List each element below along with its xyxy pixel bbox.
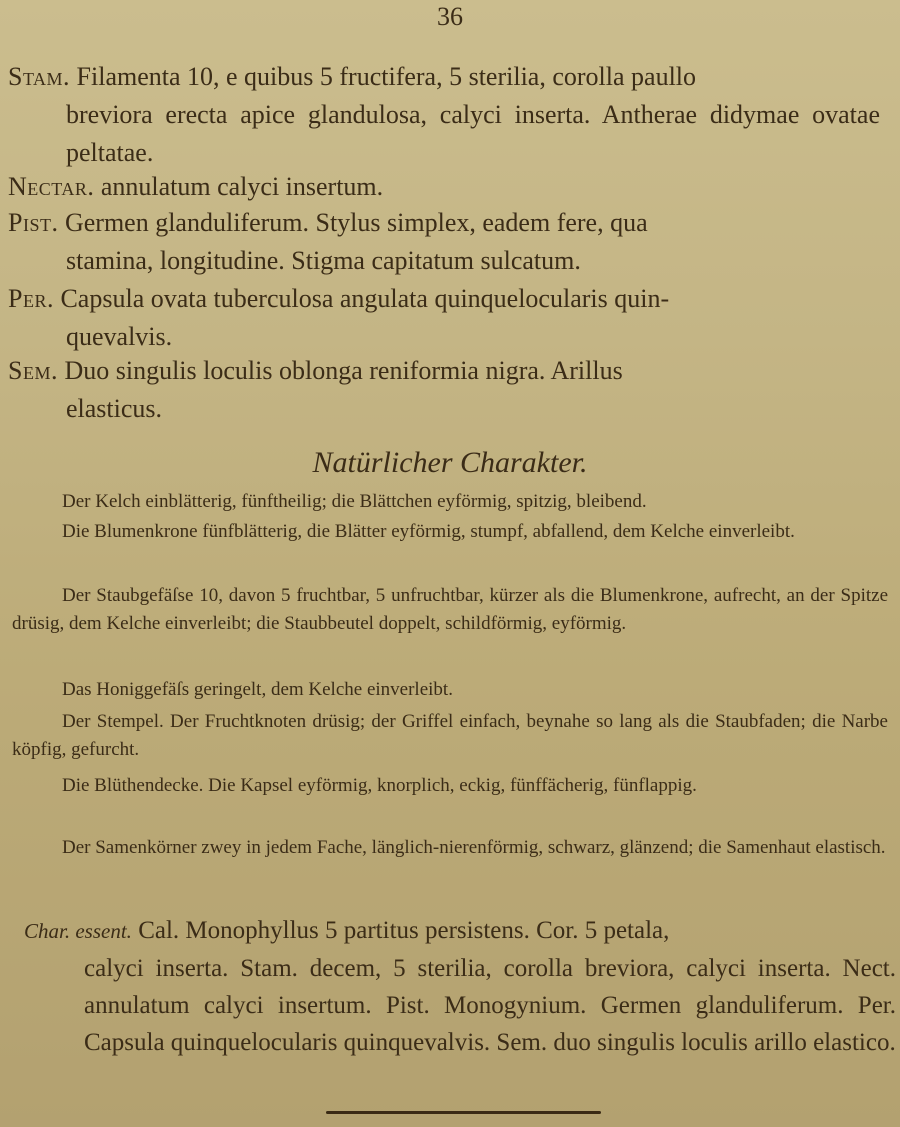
- latin-entry-stam: Stam. Filamenta 10, e quibus 5 fructifer…: [8, 58, 880, 172]
- entry-label: Pist.: [8, 208, 58, 237]
- entry-label: Stam.: [8, 62, 70, 91]
- latin-entry-sem: Sem. Duo singulis loculis oblonga renifo…: [8, 352, 880, 428]
- end-rule-divider: [326, 1111, 601, 1114]
- entry-label: Nectar.: [8, 172, 94, 201]
- latin-entry-per: Per. Capsula ovata tuberculosa angulata …: [8, 280, 880, 356]
- german-paragraph: Der Staubgefäſse 10, davon 5 fruchtbar, …: [12, 582, 888, 638]
- latin-entry-nectar: Nectar. annulatum calyci insertum.: [8, 168, 880, 206]
- german-paragraph: Der Stempel. Der Fruchtknoten drüsig; de…: [12, 708, 888, 764]
- german-paragraph: Der Kelch einblätterig, fünftheilig; die…: [12, 488, 888, 516]
- german-paragraph: Die Blumenkrone fünfblätterig, die Blätt…: [12, 518, 888, 546]
- page-number: 36: [0, 2, 900, 32]
- essential-label: Char. essent.: [24, 919, 132, 943]
- entry-label: Sem.: [8, 356, 58, 385]
- german-paragraph: Der Samenkörner zwey in jedem Fache, län…: [12, 834, 888, 862]
- essential-character: Char. essent. Cal. Monophyllus 5 partitu…: [24, 912, 896, 1061]
- latin-entry-pist: Pist. Germen glanduliferum. Stylus simpl…: [8, 204, 880, 280]
- german-paragraph: Die Blüthendecke. Die Kapsel eyförmig, k…: [12, 772, 888, 800]
- german-paragraph: Das Honiggefäſs geringelt, dem Kelche ei…: [12, 676, 888, 704]
- entry-label: Per.: [8, 284, 54, 313]
- section-heading: Natürlicher Charakter.: [0, 446, 900, 480]
- book-page: 36 Stam. Filamenta 10, e quibus 5 fructi…: [0, 0, 900, 1127]
